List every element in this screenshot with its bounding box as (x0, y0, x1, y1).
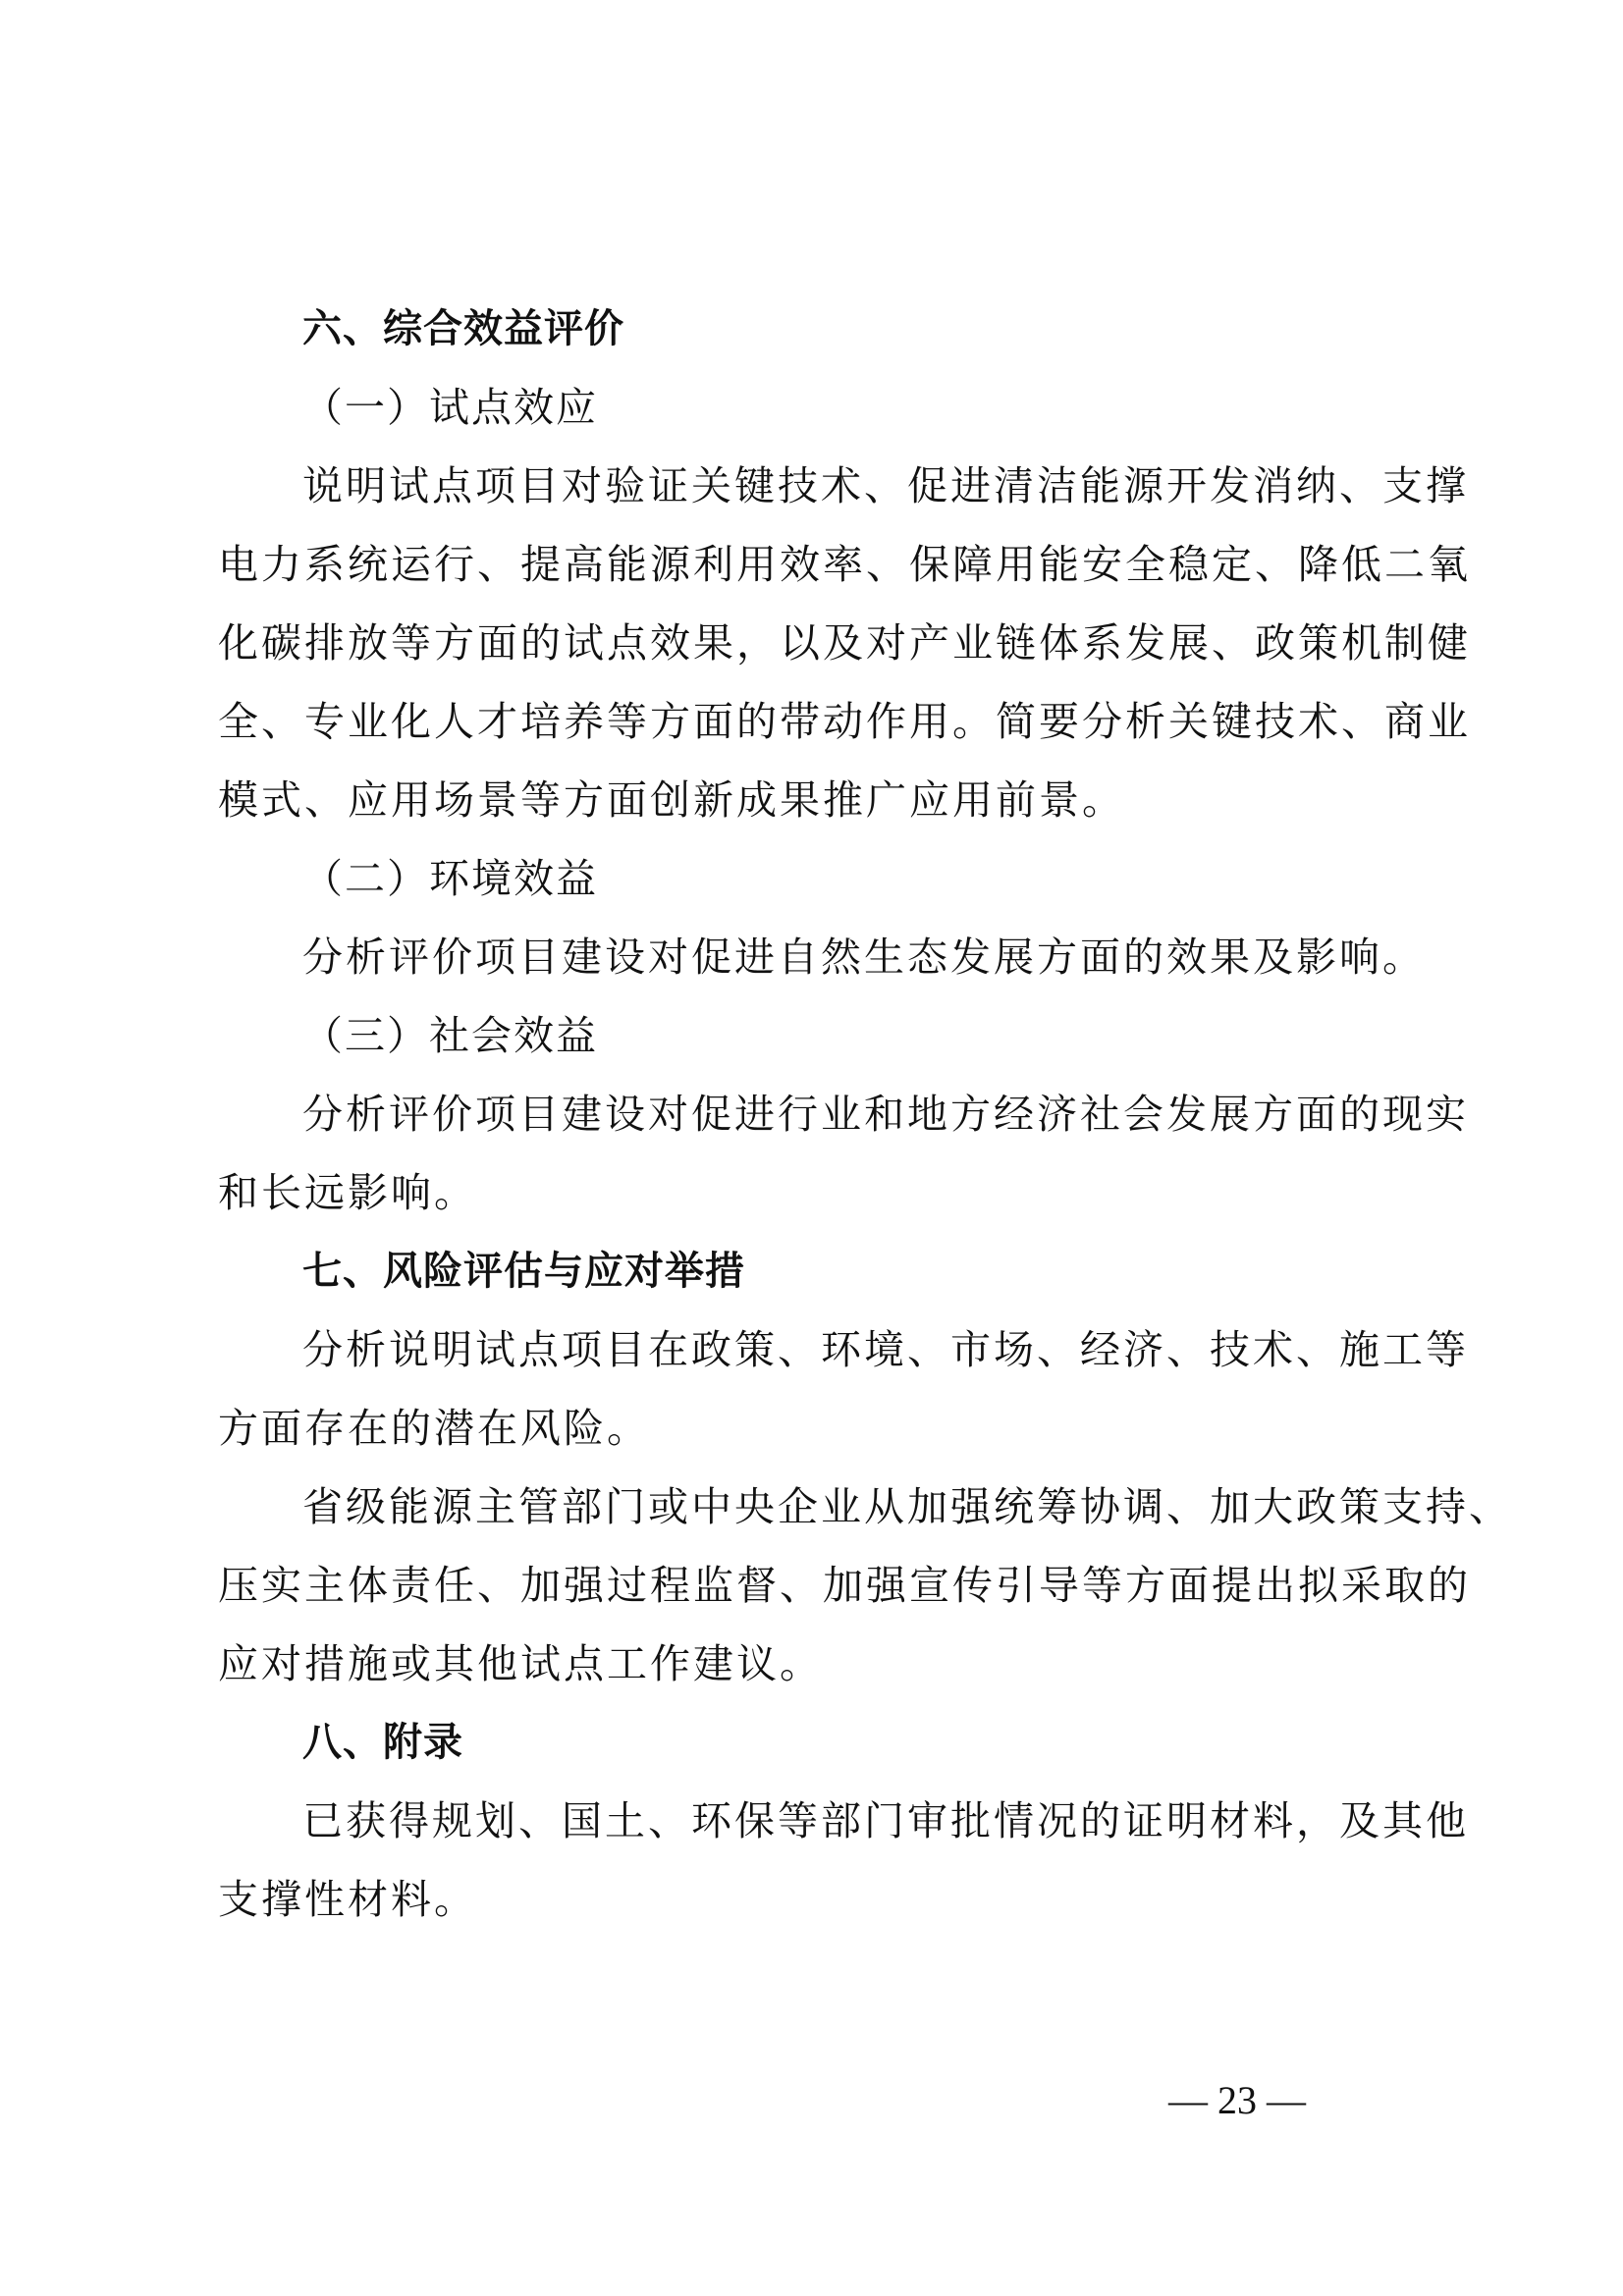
paragraph-line: 应对措施或其他试点工作建议。 (218, 1625, 1428, 1703)
paragraph-line: 支撑性材料。 (218, 1860, 1428, 1939)
paragraph-line: 说明试点项目对验证关键技术、促进清洁能源开发消纳、支撑 (218, 447, 1428, 525)
page-number: — 23 — (1168, 2071, 1306, 2130)
paragraph-line: 分析说明试点项目在政策、环境、市场、经济、技术、施工等 (218, 1310, 1428, 1389)
paragraph-line: 和长远影响。 (218, 1153, 1428, 1232)
subsection-heading-environmental-benefit: （二）环境效益 (218, 839, 1428, 918)
paragraph-line: 全、专业化人才培养等方面的带动作用。简要分析关键技术、商业 (218, 682, 1428, 761)
paragraph-line: 压实主体责任、加强过程监督、加强宣传引导等方面提出拟采取的 (218, 1546, 1428, 1625)
paragraph-line: 电力系统运行、提高能源利用效率、保障用能安全稳定、降低二氧 (218, 525, 1428, 604)
subsection-heading-social-benefit: （三）社会效益 (218, 996, 1428, 1075)
paragraph-line: 分析评价项目建设对促进自然生态发展方面的效果及影响。 (218, 918, 1428, 996)
subsection-heading-pilot-effect: （一）试点效应 (218, 368, 1428, 447)
paragraph-line: 已获得规划、国土、环保等部门审批情况的证明材料，及其他 (218, 1782, 1428, 1860)
paragraph-line: 化碳排放等方面的试点效果，以及对产业链体系发展、政策机制健 (218, 604, 1428, 682)
section-heading-six: 六、综合效益评价 (218, 290, 1428, 368)
section-heading-seven: 七、风险评估与应对举措 (218, 1232, 1428, 1310)
paragraph-line: 分析评价项目建设对促进行业和地方经济社会发展方面的现实 (218, 1075, 1428, 1153)
paragraph-line: 方面存在的潜在风险。 (218, 1389, 1428, 1468)
document-page: 六、综合效益评价 （一）试点效应 说明试点项目对验证关键技术、促进清洁能源开发消… (218, 290, 1428, 1939)
paragraph-line: 省级能源主管部门或中央企业从加强统筹协调、加大政策支持、 (218, 1468, 1428, 1546)
paragraph-line: 模式、应用场景等方面创新成果推广应用前景。 (218, 761, 1428, 839)
section-heading-eight: 八、附录 (218, 1703, 1428, 1782)
